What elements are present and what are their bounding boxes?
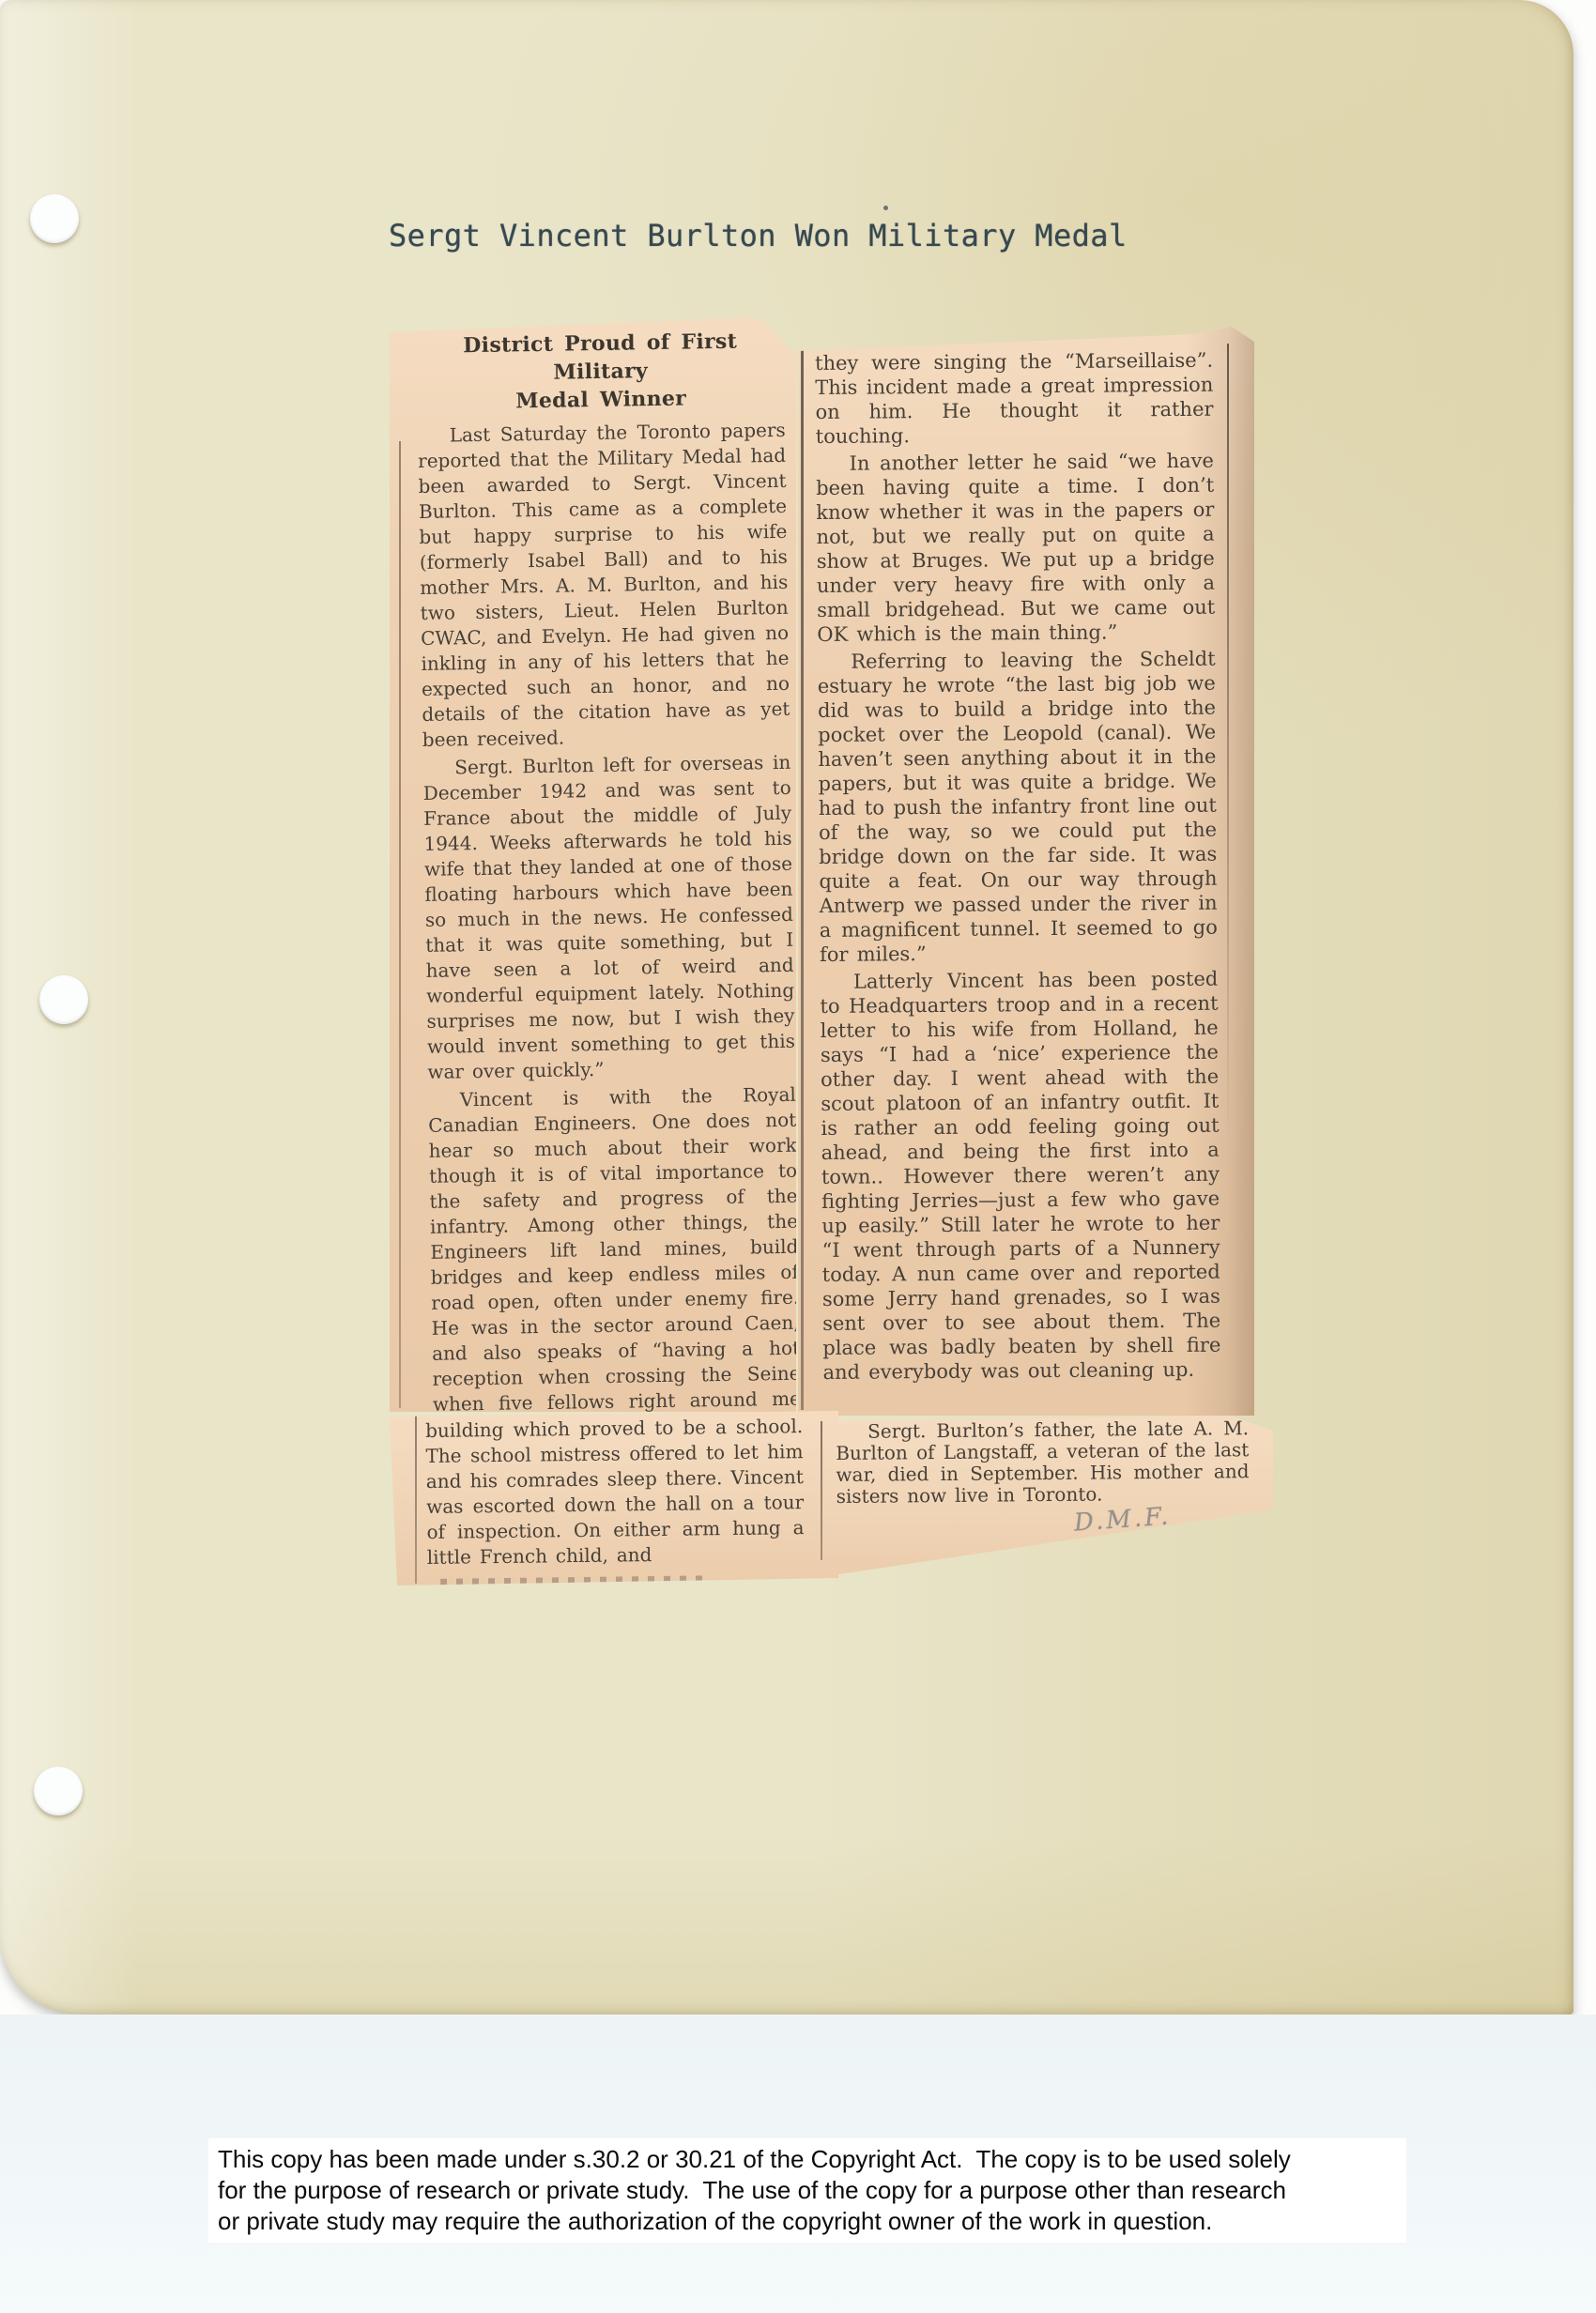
column-rule — [399, 441, 401, 1408]
right-bottom-text: Sergt. Burlton’s father, the late A. M. … — [836, 1417, 1250, 1508]
paragraph: In another letter he said “we have been … — [816, 449, 1216, 647]
copyright-line-1: This copy has been made under s.30.2 or … — [218, 2144, 1397, 2175]
right-column-text: they were singing the “Marseillaise”. Th… — [815, 348, 1221, 1385]
column-rule — [1227, 344, 1229, 1147]
paragraph: Vincent is with the Royal Canadian Engin… — [428, 1082, 796, 1412]
punch-hole — [34, 1767, 83, 1815]
column-rule — [801, 347, 804, 1410]
punch-hole — [39, 975, 88, 1024]
scanner-margin: This copy has been made under s.30.2 or … — [0, 2014, 1596, 2313]
paragraph: Latterly Vincent has been posted to Head… — [820, 967, 1220, 1385]
copyright-notice: This copy has been made under s.30.2 or … — [208, 2138, 1406, 2243]
scanned-document: Sergt Vincent Burlton Won Military Medal… — [0, 0, 1596, 2313]
left-column-text: Last Saturday the Toronto papers reporte… — [418, 418, 796, 1412]
paragraph: Referring to leaving the Scheldt estuary… — [817, 647, 1218, 967]
paragraph: Last Saturday the Toronto papers reporte… — [418, 418, 790, 753]
copyright-line-2: for the purpose of research or private s… — [218, 2175, 1397, 2206]
stray-ink-mark — [883, 206, 888, 210]
clipping-bottom-right-piece: Sergt. Burlton’s father, the late A. M. … — [821, 1416, 1273, 1585]
punch-hole — [30, 194, 79, 243]
left-bottom-text: building which proved to be a school. Th… — [425, 1414, 805, 1570]
paragraph: Sergt. Burlton’s father, the late A. M. … — [836, 1417, 1250, 1508]
clipping-left-column: District Proud of First Military Medal W… — [390, 317, 796, 1412]
column-rule — [415, 1413, 417, 1584]
paragraph: they were singing the “Marseillaise”. Th… — [815, 348, 1214, 449]
clipping-headline-line1: District Proud of First Military — [416, 327, 785, 389]
copyright-line-3: or private study may require the authori… — [218, 2206, 1397, 2237]
paragraph: building which proved to be a school. Th… — [425, 1414, 805, 1570]
clipping-bottom-left-piece: building which proved to be a school. Th… — [390, 1411, 838, 1585]
clipping-headline-line2: Medal Winner — [417, 383, 785, 417]
handwritten-initials: D.M.F. — [1073, 1502, 1172, 1537]
album-page: Sergt Vincent Burlton Won Military Medal… — [0, 0, 1573, 2014]
paragraph: Sergt. Burlton left for overseas in Dece… — [422, 750, 795, 1085]
torn-cut-text-remnant — [440, 1575, 704, 1585]
clipping-right-column: they were singing the “Marseillaise”. Th… — [798, 327, 1254, 1416]
typed-caption: Sergt Vincent Burlton Won Military Medal — [389, 218, 1128, 253]
column-rule — [821, 1417, 822, 1560]
